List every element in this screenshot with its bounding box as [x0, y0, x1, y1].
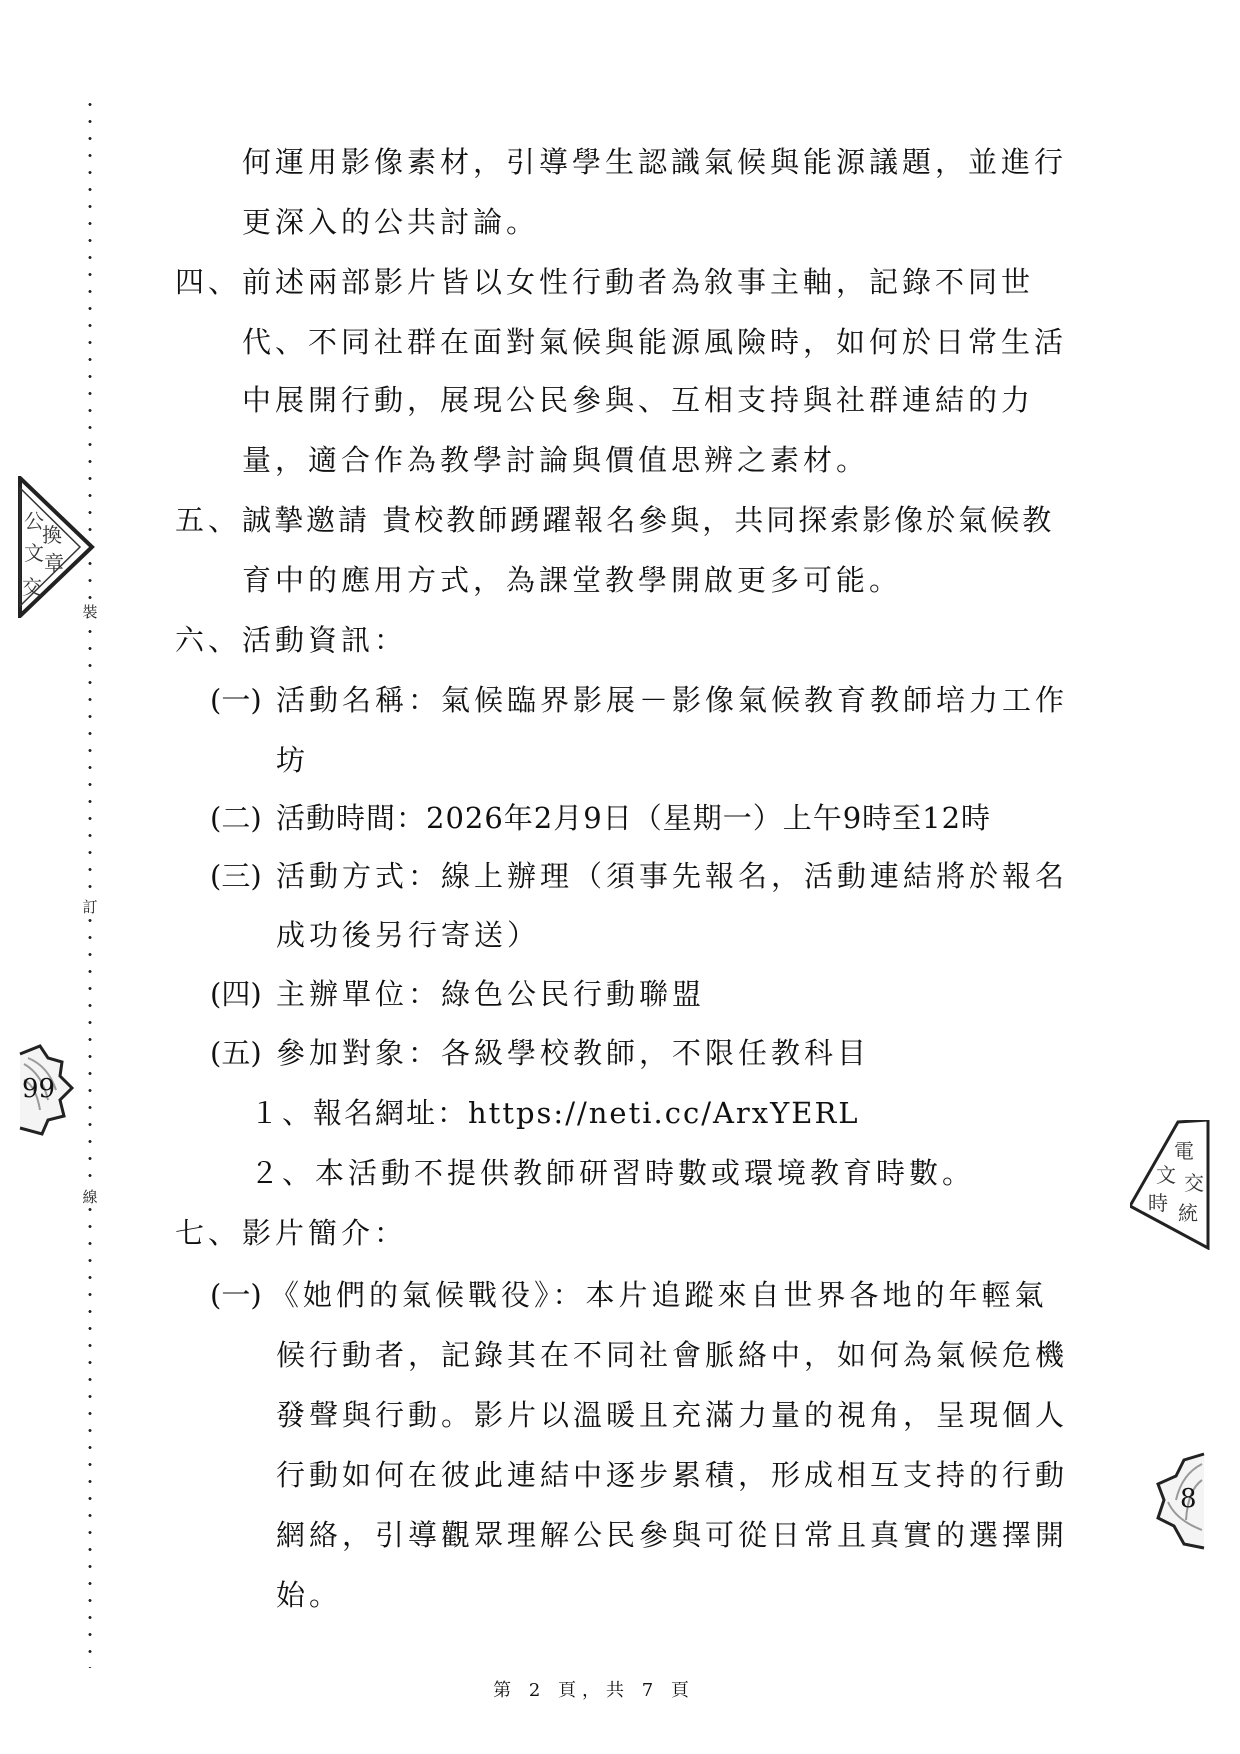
svg-text:交: 交 — [22, 575, 42, 599]
text-line: 育中的應用方式，為課堂教學開啟更多可能。 — [242, 562, 902, 598]
svg-text:換: 換 — [42, 523, 62, 547]
svg-text:時: 時 — [1148, 1191, 1168, 1215]
right-gear-stamp: 8 — [1156, 1450, 1206, 1550]
sub-item-number: １ — [250, 1095, 283, 1131]
activity-name-cont: 坊 — [276, 742, 309, 778]
left-gear-stamp: 99 — [18, 1040, 74, 1140]
registration-url[interactable]: 、報名網址：https://neti.cc/ArxYERL — [282, 1095, 860, 1131]
activity-format: 活動方式：線上辦理（須事先報名，活動連結將於報名 — [276, 858, 1068, 894]
section-label-4: 四、 — [175, 264, 241, 300]
text-line: 更深入的公共討論。 — [242, 204, 539, 240]
right-gear-number: 8 — [1180, 1484, 1197, 1514]
film-intro-line: 《她們的氣候戰役》：本片追蹤來自世界各地的年輕氣 — [270, 1277, 1048, 1313]
activity-name: 活動名稱：氣候臨界影展－影像氣候教育教師培力工作 — [276, 682, 1068, 718]
svg-text:文: 文 — [24, 541, 44, 565]
text-line: 何運用影像素材，引導學生認識氣候與能源議題，並進行 — [242, 144, 1067, 180]
svg-text:章: 章 — [44, 551, 64, 575]
svg-text:電: 電 — [1174, 1139, 1194, 1163]
svg-text:文: 文 — [1156, 1163, 1176, 1187]
section-label-7: 七、 — [175, 1215, 241, 1251]
text-line: 代、不同社群在面對氣候與能源風險時，如何於日常生活 — [242, 324, 1067, 360]
item-label: (三) — [210, 858, 262, 894]
sub-item-number: ２ — [250, 1155, 283, 1191]
svg-text:統: 統 — [1178, 1201, 1198, 1225]
section-label-6: 六、 — [175, 622, 241, 658]
left-seal-stamp: 公 換 文 章 交 — [18, 476, 96, 618]
text-line: 中展開行動，展現公民參與、互相支持與社群連結的力 — [242, 382, 1034, 418]
text-line: 誠摯邀請 貴校教師踴躍報名參與，共同探索影像於氣候教 — [242, 502, 1054, 538]
section-title: 影片簡介： — [242, 1215, 407, 1251]
right-seal-stamp: 電 文 交 時 統 — [1130, 1120, 1210, 1250]
text-line: 量，適合作為教學討論與價值思辨之素材。 — [242, 442, 869, 478]
activity-time: 活動時間：2026年2月9日（星期一）上午9時至12時 — [276, 800, 991, 836]
film-intro-line: 發聲與行動。影片以溫暖且充滿力量的視角，呈現個人 — [276, 1397, 1068, 1433]
svg-text:交: 交 — [1184, 1171, 1204, 1195]
activity-format-cont: 成功後另行寄送） — [276, 917, 540, 953]
participants: 參加對象：各級學校教師，不限任教科目 — [276, 1035, 870, 1071]
section-label-5: 五、 — [175, 502, 241, 538]
item-label: (二) — [210, 800, 262, 836]
binding-dotted-line — [86, 96, 94, 1668]
item-label: (四) — [210, 976, 262, 1012]
note-no-hours: 、本活動不提供教師研習時數或環境教育時數。 — [282, 1155, 975, 1191]
item-label: (一) — [210, 1277, 262, 1313]
film-intro-line: 網絡，引導觀眾理解公民參與可從日常且真實的選擇開 — [276, 1517, 1068, 1553]
item-label: (一) — [210, 682, 262, 718]
film-intro-line: 候行動者，記錄其在不同社會脈絡中，如何為氣候危機 — [276, 1337, 1068, 1373]
organizer: 主辦單位：綠色公民行動聯盟 — [276, 976, 705, 1012]
seal-icon: 電 文 交 時 統 — [1130, 1120, 1210, 1250]
left-gear-number: 99 — [22, 1074, 55, 1104]
svg-text:公: 公 — [24, 509, 44, 533]
item-label: (五) — [210, 1035, 262, 1071]
text-line: 前述兩部影片皆以女性行動者為敘事主軸，記錄不同世 — [242, 264, 1034, 300]
seal-icon: 公 換 文 章 交 — [18, 476, 96, 618]
film-intro-line: 行動如何在彼此連結中逐步累積，形成相互支持的行動 — [276, 1457, 1068, 1493]
binding-label-middle: 訂 — [80, 897, 100, 917]
section-title: 活動資訊： — [242, 622, 407, 658]
page-number-footer: 第 2 頁，共 7 頁 — [0, 1676, 1188, 1702]
film-intro-line: 始。 — [276, 1577, 342, 1613]
binding-label-bottom: 線 — [80, 1187, 100, 1207]
